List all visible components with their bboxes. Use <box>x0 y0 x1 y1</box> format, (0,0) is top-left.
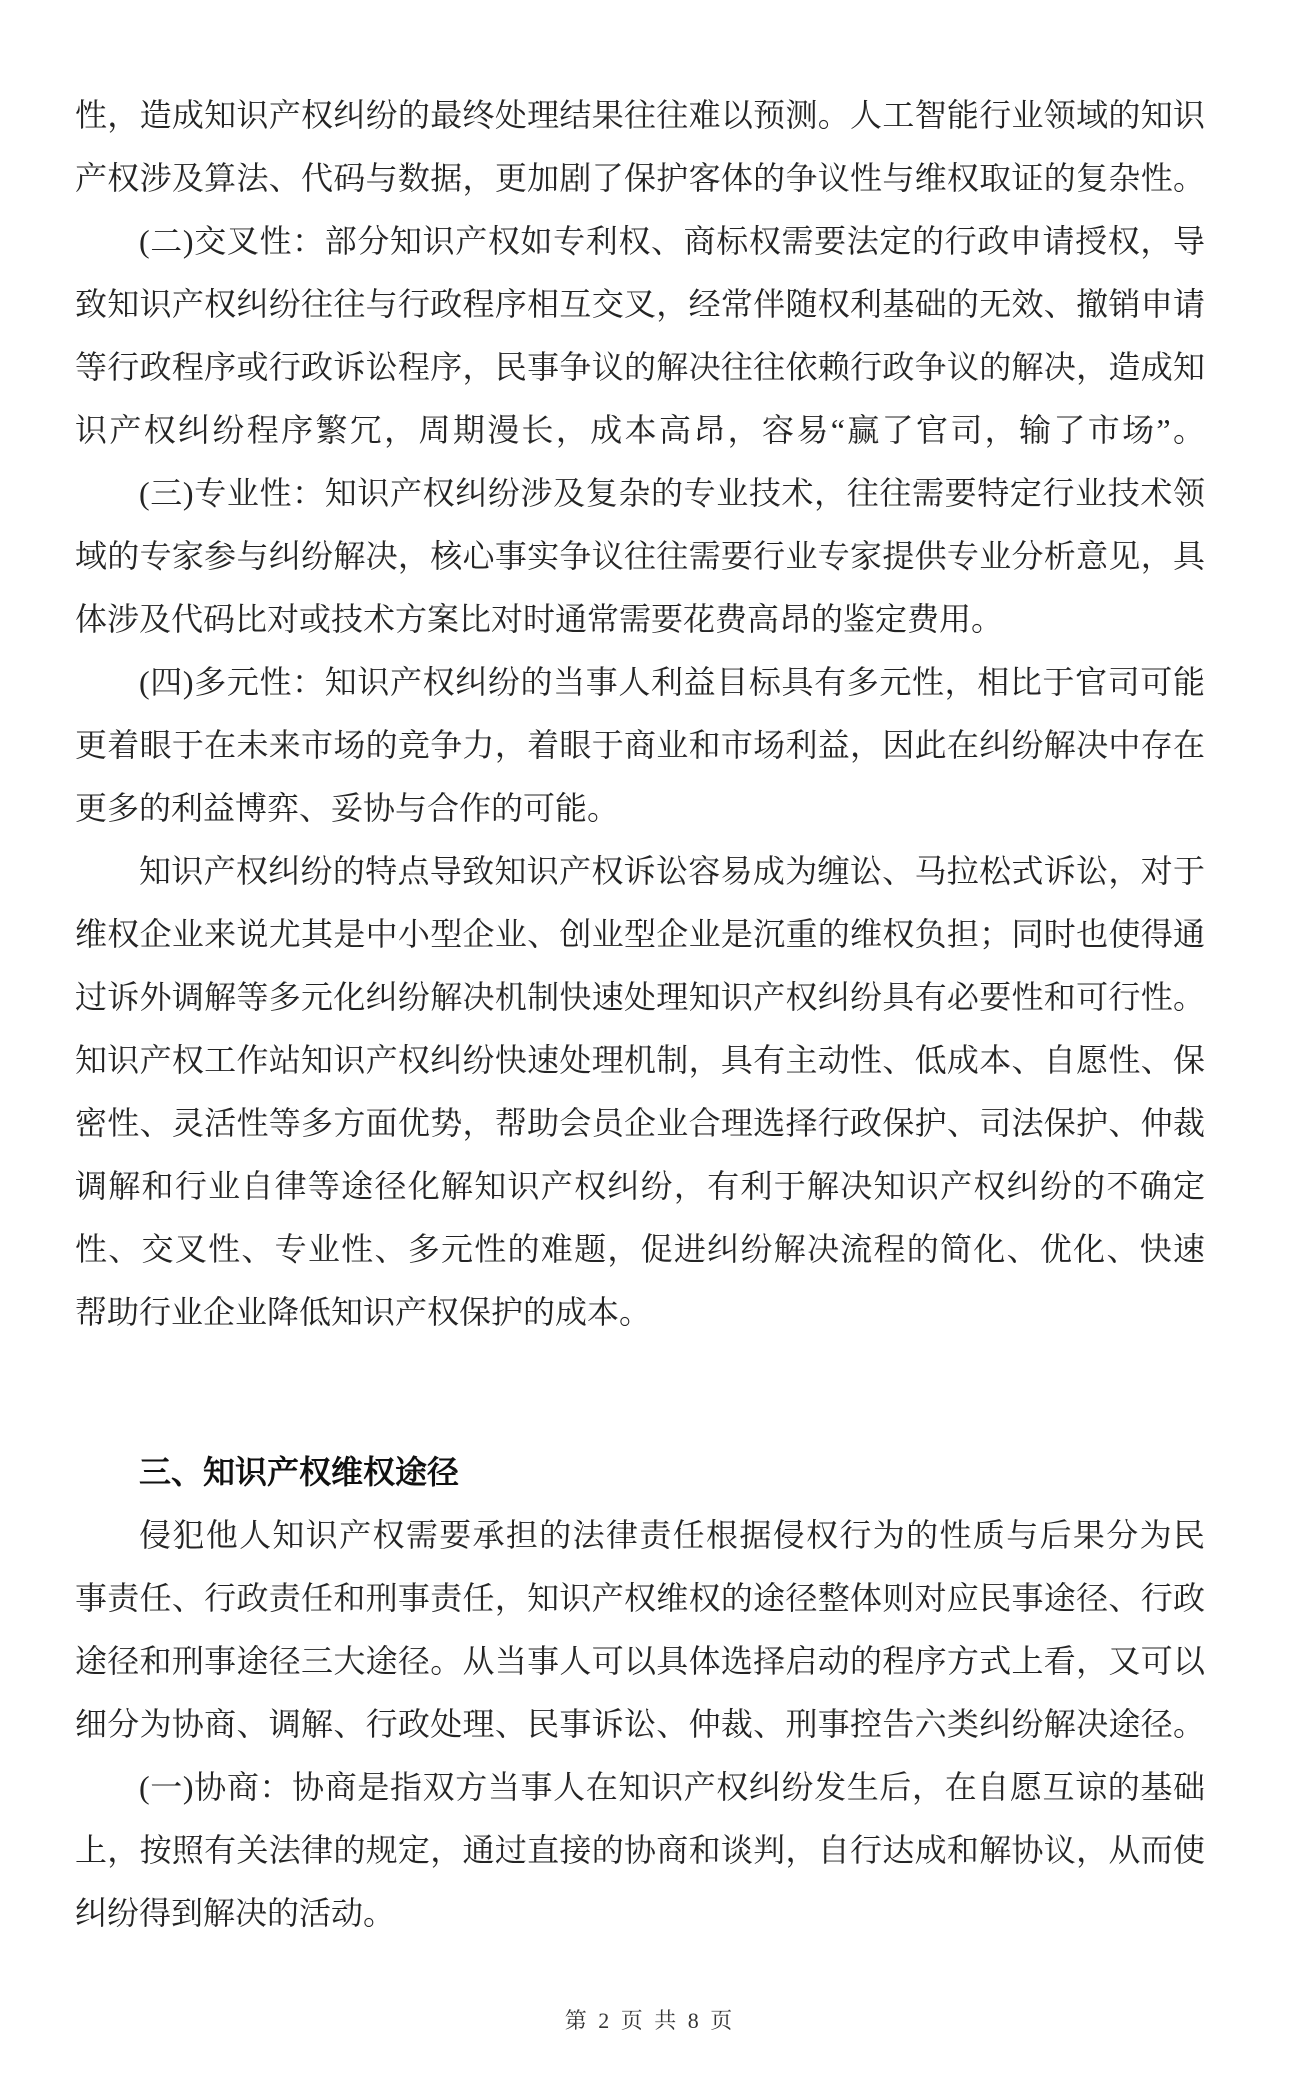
section-gap <box>75 1344 1205 1441</box>
text-line: 更着眼于在未来市场的竞争力，着眼于商业和市场利益，因此在纠纷解决中存在 <box>75 714 1205 777</box>
text-line: 知识产权纠纷的特点导致知识产权诉讼容易成为缠讼、马拉松式诉讼，对于 <box>75 840 1205 903</box>
text-line: 过诉外调解等多元化纠纷解决机制快速处理知识产权纠纷具有必要性和可行性。 <box>75 966 1205 1029</box>
text-line: 帮助行业企业降低知识产权保护的成本。 <box>75 1281 1205 1344</box>
text-line: 体涉及代码比对或技术方案比对时通常需要花费高昂的鉴定费用。 <box>75 588 1205 651</box>
text-line: 上，按照有关法律的规定，通过直接的协商和谈判，自行达成和解协议，从而使 <box>75 1819 1205 1882</box>
text-line: 途径和刑事途径三大途径。从当事人可以具体选择启动的程序方式上看，又可以 <box>75 1630 1205 1693</box>
text-line: (一)协商：协商是指双方当事人在知识产权纠纷发生后，在自愿互谅的基础 <box>75 1756 1205 1819</box>
text-line: 域的专家参与纠纷解决，核心事实争议往往需要行业专家提供专业分析意见，具 <box>75 525 1205 588</box>
document-page: 性，造成知识产权纠纷的最终处理结果往往难以预测。人工智能行业领域的知识产权涉及算… <box>0 0 1300 2100</box>
text-line: 纠纷得到解决的活动。 <box>75 1882 1205 1945</box>
text-line: 细分为协商、调解、行政处理、民事诉讼、仲裁、刑事控告六类纠纷解决途径。 <box>75 1693 1205 1756</box>
text-line: 等行政程序或行政诉讼程序，民事争议的解决往往依赖行政争议的解决，造成知 <box>75 336 1205 399</box>
text-line: 识产权纠纷程序繁冗，周期漫长，成本高昂，容易“赢了官司，输了市场”。 <box>75 399 1205 462</box>
document-body: 性，造成知识产权纠纷的最终处理结果往往难以预测。人工智能行业领域的知识产权涉及算… <box>75 84 1205 1945</box>
text-line: 性、交叉性、专业性、多元性的难题，促进纠纷解决流程的简化、优化、快速化， <box>75 1218 1205 1281</box>
page-footer: 第 2 页 共 8 页 <box>0 2004 1300 2035</box>
text-line: 维权企业来说尤其是中小型企业、创业型企业是沉重的维权负担；同时也使得通 <box>75 903 1205 966</box>
text-line: 事责任、行政责任和刑事责任，知识产权维权的途径整体则对应民事途径、行政 <box>75 1567 1205 1630</box>
text-line: 侵犯他人知识产权需要承担的法律责任根据侵权行为的性质与后果分为民 <box>75 1504 1205 1567</box>
text-line: (三)专业性：知识产权纠纷涉及复杂的专业技术，往往需要特定行业技术领 <box>75 462 1205 525</box>
text-line: 致知识产权纠纷往往与行政程序相互交叉，经常伴随权利基础的无效、撤销申请 <box>75 273 1205 336</box>
text-line: 知识产权工作站知识产权纠纷快速处理机制，具有主动性、低成本、自愿性、保 <box>75 1029 1205 1092</box>
section-heading: 三、知识产权维权途径 <box>75 1441 1205 1504</box>
text-line: (四)多元性：知识产权纠纷的当事人利益目标具有多元性，相比于官司可能 <box>75 651 1205 714</box>
text-line: 调解和行业自律等途径化解知识产权纠纷，有利于解决知识产权纠纷的不确定 <box>75 1155 1205 1218</box>
text-line: 产权涉及算法、代码与数据，更加剧了保护客体的争议性与维权取证的复杂性。 <box>75 147 1205 210</box>
text-line: 性，造成知识产权纠纷的最终处理结果往往难以预测。人工智能行业领域的知识 <box>75 84 1205 147</box>
text-line: 密性、灵活性等多方面优势，帮助会员企业合理选择行政保护、司法保护、仲裁 <box>75 1092 1205 1155</box>
text-line: 更多的利益博弈、妥协与合作的可能。 <box>75 777 1205 840</box>
text-line: (二)交叉性：部分知识产权如专利权、商标权需要法定的行政申请授权，导 <box>75 210 1205 273</box>
